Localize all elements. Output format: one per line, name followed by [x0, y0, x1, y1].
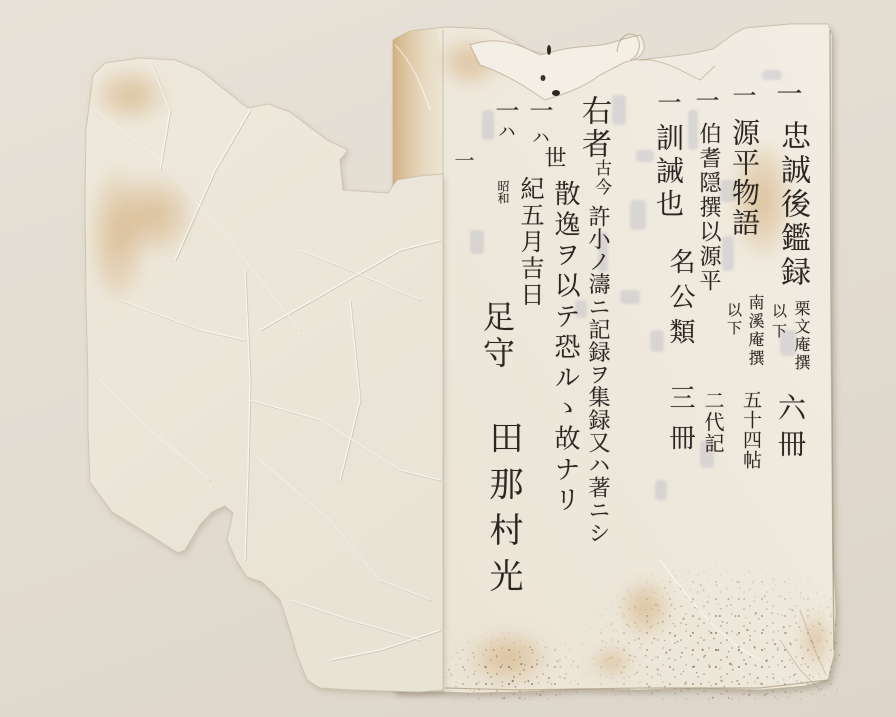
manuscript-photo: 一 忠誠後鑑録 栗文庵撰 以下 六冊 一 源平物語 南溪庵撰 以下 五十四帖 一…: [0, 0, 896, 717]
entry-2-author: 南溪庵撰: [747, 294, 763, 368]
entry-1-title: 忠誠後鑑録: [777, 120, 807, 290]
entry-1-marker: 一: [774, 80, 800, 106]
entry-4-volumes: 三冊: [667, 384, 693, 464]
entry-2-volumes: 五十四帖: [741, 390, 760, 470]
date-particle: ハ: [496, 122, 514, 140]
signature-place: 足守: [481, 300, 513, 372]
entry-1-volumes: 六冊: [776, 393, 804, 465]
entry-3-title: 伯耆隠撰以源平: [697, 122, 719, 294]
statement-aside: 古今: [592, 159, 609, 197]
entry-3-marker: 一: [693, 88, 717, 112]
stray-ink-mark: 一: [453, 150, 473, 170]
statement2-particle: ハ: [530, 128, 548, 146]
entry-2-author-note: 以下: [726, 302, 741, 338]
date-marker: 一: [493, 98, 517, 122]
entry-4-title: 訓誡也: [654, 123, 682, 222]
entry-1-author: 栗文庵撰: [793, 300, 809, 372]
statement2-body: 散逸ヲ以テ恐ルゝ故ナリ: [552, 180, 578, 517]
entry-3-volumes: 二代記: [703, 390, 723, 455]
statement-body: 許小ノ濤ニ記録ヲ集録又ハ著ニシ: [586, 205, 608, 544]
statement2-marker: 一: [527, 98, 551, 122]
entry-2-title: 源平物語: [730, 118, 758, 238]
entry-1-author-note: 以下: [771, 303, 786, 343]
statement2-small: 世: [542, 146, 564, 168]
statement-head: 右者: [578, 95, 608, 161]
date-era: 昭和: [497, 180, 509, 204]
date-text: 紀五月吉日: [518, 176, 542, 309]
entry-2-marker: 一: [730, 83, 754, 107]
tissue-cover-sheet: [85, 58, 443, 692]
signature-name: 田那村光: [486, 420, 520, 604]
entry-4-author: 名公類: [667, 248, 693, 353]
entry-4-marker: 一: [655, 90, 679, 114]
